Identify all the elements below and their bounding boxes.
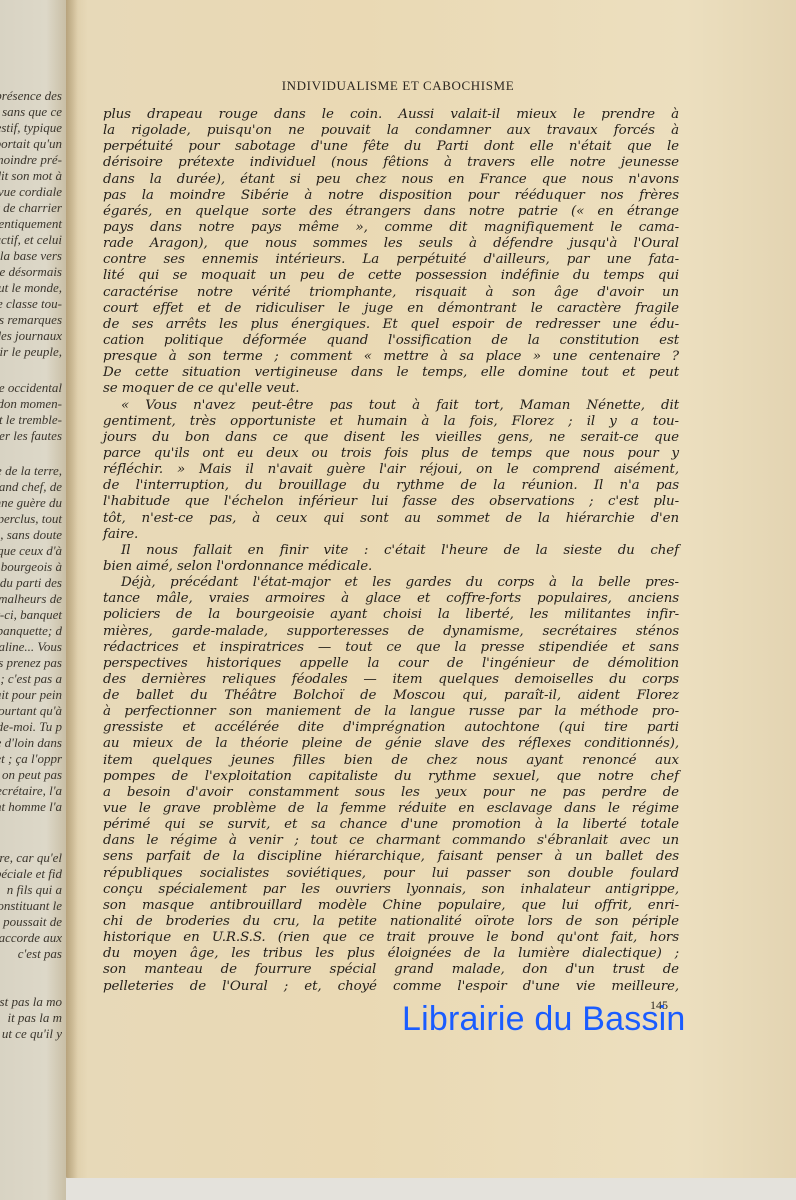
facing-page-line: s de classe tou- [0, 296, 62, 312]
facing-page-line: bandon momen- [0, 396, 62, 412]
text-line: de l'interruption, du brouillage du ryth… [103, 478, 679, 494]
facing-page-line: uthentiquement [0, 216, 62, 232]
facing-page-line: ses remarques [0, 312, 62, 328]
text-line: dans le régime à venir ; tout ce charman… [103, 833, 679, 849]
facing-page-line: naux bourgeois à [0, 559, 62, 575]
facing-page-line: accorde aux [0, 930, 62, 946]
facing-page-line: ne d'loin dans [0, 735, 62, 751]
text-line: cation politique déformée quand l'ossifi… [103, 333, 679, 349]
facing-page-line: rde-moi. Tu p [0, 719, 62, 735]
text-line: dans la durée), étant si peu chez nous e… [103, 172, 679, 188]
facing-page-line: vous prenez pas [0, 655, 62, 671]
facing-page-line: e vue cordiale [0, 184, 62, 200]
text-line: son masque antibrouillard modèle Chine p… [103, 898, 679, 914]
text-line: républiques socialistes soviétiques, pou… [103, 866, 679, 882]
text-line: pelleteries de l'Oural ; et, choyé comme… [103, 979, 679, 995]
text-line: vue le grave problème de la femme réduit… [103, 801, 679, 817]
facing-page-line: s on peut pas [0, 767, 62, 783]
text-line: du moyen âge, les tribus les plus éloign… [103, 946, 679, 962]
facing-page-line: tre du parti des [0, 575, 62, 591]
facing-page-line: fait pour pein [0, 687, 62, 703]
text-line: se moquer de ce qu'elle veut. [103, 381, 679, 397]
text-line: « Vous n'avez peut-être pas tout à fait … [103, 398, 679, 414]
facing-page-line: de secrétaire, l'a [0, 783, 62, 799]
facing-page-line: tructif, et celui [0, 232, 62, 248]
text-line: jours du bon dans ce que disent les viei… [103, 430, 679, 446]
text-line: des dernières reliques féodales — item q… [103, 672, 679, 688]
facing-page-line: ses ; c'est pas a [0, 671, 62, 687]
text-line: Il nous fallait en finir vite : c'était … [103, 543, 679, 559]
facing-page-line: , grand chef, de [0, 479, 62, 495]
facing-page-line: dit son mot à [0, 168, 62, 184]
facing-page-line: les malheurs de [0, 591, 62, 607]
text-line: réfléchir. » Mais il n'avait guère l'air… [103, 462, 679, 478]
text-line: plus drapeau rouge dans le coin. Aussi v… [103, 107, 679, 123]
text-line: a besoin d'avoir constamment sous les ye… [103, 785, 679, 801]
text-line: mières, garde-malade, supporteresses de … [103, 624, 679, 640]
facing-page-line: vivre désormais [0, 264, 62, 280]
facing-page-line: nportait qu'un [0, 136, 62, 152]
text-line: tance mâle, vraies armoires à glace et c… [103, 591, 679, 607]
facing-page-line: vivre occidental [0, 380, 62, 396]
facing-page-line: re Staline... Vous [0, 639, 62, 655]
facing-page-line: vestif, typique [0, 120, 62, 136]
facing-page-line: tout le monde, [0, 280, 62, 296]
text-line: rédactrices et inspiratrices — tout ce q… [103, 640, 679, 656]
facing-page-line: it pas la m [7, 1010, 62, 1026]
text-line: rade Aragon), que nous sommes les seuls … [103, 236, 679, 252]
facing-page-line: c'est pas [18, 946, 62, 962]
text-line: presque à son terme ; comment « mettre à… [103, 349, 679, 365]
text-line: bien aimé, selon l'ordonnance médicale. [103, 559, 679, 575]
text-line: perspectives historiques appelle la cour… [103, 656, 679, 672]
facing-page-line: donne guère du [0, 495, 62, 511]
facing-page-line: de la base vers [0, 248, 62, 264]
text-line: au mieux de la théorie pleine de génie s… [103, 736, 679, 752]
text-line: la rigolade, puisqu'on ne pouvait la con… [103, 123, 679, 139]
facing-page-line: t par-ci, banquet [0, 607, 62, 623]
facing-page: a présence dese sans que cevestif, typiq… [0, 0, 66, 1200]
text-line: tôt, n'est-ce pas, à ceux qui sont au so… [103, 511, 679, 527]
running-head: INDIVIDUALISME ET CABOCHISME [0, 78, 796, 94]
text-line: sens parfait de la discipline hiérarchiq… [103, 849, 679, 865]
facing-page-line: n fils qui a [7, 882, 62, 898]
text-line: pays dans notre pays même », comme dit m… [103, 220, 679, 236]
text-line: Déjà, précédant l'état-major et les gard… [103, 575, 679, 591]
text-line: contre ses ennemis intérieurs. La perpét… [103, 252, 679, 268]
facing-page-line: nt le tremble- [0, 412, 62, 428]
facing-page-line: ge que ceux d'à [0, 543, 62, 559]
text-line: pompes de l'exploitation capitaliste du … [103, 769, 679, 785]
facing-page-line: salir le peuple, [0, 344, 62, 360]
text-line: item quelques jeunes filles bien de chez… [103, 753, 679, 769]
text-line: chi de broderies du cru, la petite natio… [103, 914, 679, 930]
facing-page-line: e sans que ce [0, 104, 62, 120]
text-line: conçu spécialement par les ouvriers lyon… [103, 882, 679, 898]
text-line: perpétuité pour sabotage d'une fête du P… [103, 139, 679, 155]
facing-page-line: a moindre pré- [0, 152, 62, 168]
facing-page-line: poussait de [3, 914, 62, 930]
facing-page-line: ffet ; ça l'oppr [0, 751, 62, 767]
facing-page-line: ut ce qu'il y [2, 1026, 62, 1042]
facing-page-line: ux des journaux [0, 328, 62, 344]
facing-page-line: spéciale et fid [0, 866, 62, 882]
body-text: plus drapeau rouge dans le coin. Aussi v… [103, 107, 679, 995]
text-line: faire. [103, 527, 679, 543]
facing-page-line: refois, sans doute [0, 527, 62, 543]
text-line: policiers de la bourgeoisie ayant choisi… [103, 607, 679, 623]
facing-page-line: s c'est pas la mo [0, 994, 62, 1010]
facing-page-line: ant homme l'a [0, 799, 62, 815]
text-line: dérisoire prétexte individuel (nous fêti… [103, 155, 679, 171]
text-line: égarés, en quelque sorte des étrangers d… [103, 204, 679, 220]
watermark: Librairie du Bassin [402, 1000, 686, 1039]
facing-page-line: tout perclus, tout [0, 511, 62, 527]
facing-page-line: rire, car qu'el [0, 850, 62, 866]
text-line: périmé qui se survit, et sa chance d'une… [103, 817, 679, 833]
text-line: son manteau de fourrure spécial grand ma… [103, 962, 679, 978]
text-line: l'habitude que l'échelon inférieur lui f… [103, 494, 679, 510]
text-line: gentiment, très opportuniste et humain à… [103, 414, 679, 430]
text-line: gressiste et accélérée dite d'imprégnati… [103, 720, 679, 736]
text-line: à perfectionner son maniement de la lang… [103, 704, 679, 720]
facing-page-line: xcuser les fautes [0, 428, 62, 444]
facing-page-line: roit de charrier [0, 200, 62, 216]
text-line: De cette situation vertigineuse dans le … [103, 365, 679, 381]
facing-page-line: pourtant qu'à [0, 703, 62, 719]
text-line: historique en U.R.S.S. (rien que ce trai… [103, 930, 679, 946]
facing-page-line: constituant le [0, 898, 62, 914]
text-line: de ses arrêts les plus énergiques. Et qu… [103, 317, 679, 333]
text-line: parce qu'ils ont eu deux ou trois fois p… [103, 446, 679, 462]
facing-page-line: te banquette; d [0, 623, 62, 639]
text-line: lité qui se moquait un peu de cette poss… [103, 268, 679, 284]
text-line: court effet et de ridiculiser le juge en… [103, 301, 679, 317]
text-line: de ballet du Théâtre Bolchoï de Moscou q… [103, 688, 679, 704]
text-line: caractérise notre vérité triomphante, ri… [103, 285, 679, 301]
facing-page-line: nnée de la terre, [0, 463, 62, 479]
gutter-shadow [66, 0, 78, 1178]
text-line: pas la moindre Sibérie à notre dispositi… [103, 188, 679, 204]
